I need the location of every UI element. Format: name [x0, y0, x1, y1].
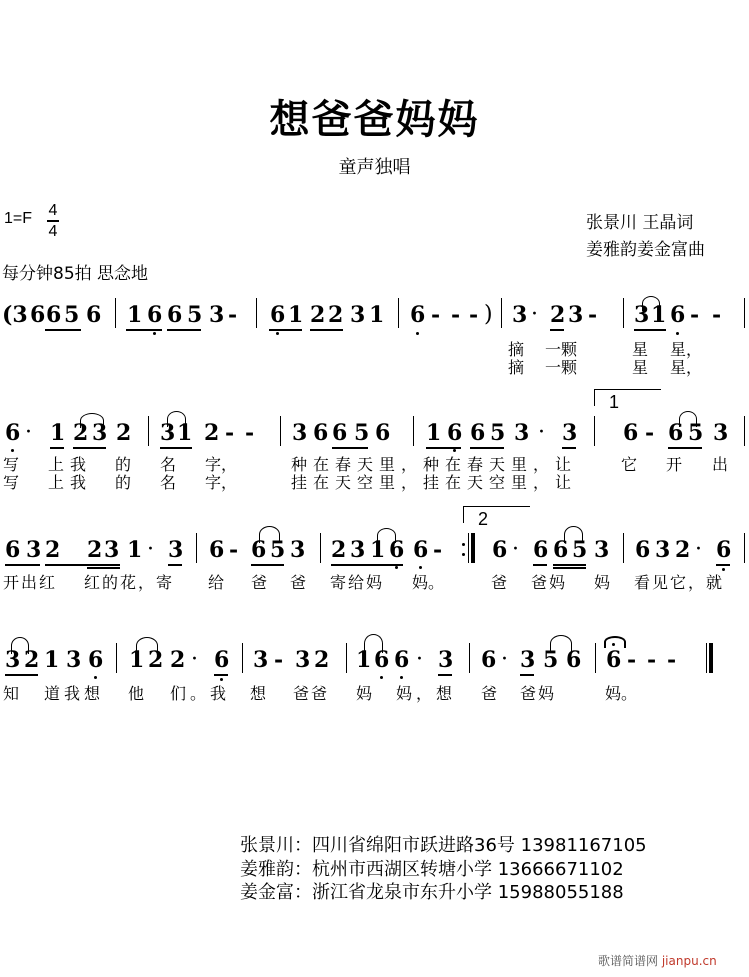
watermark: 歌谱简谱网 jianpu.cn — [598, 952, 717, 969]
lyric: 开 — [666, 456, 682, 474]
underline — [251, 564, 284, 566]
contact-address: 四川省绵阳市跃进路36号 — [312, 835, 515, 856]
underline — [269, 329, 302, 331]
note: 6 — [375, 421, 390, 445]
dash: - — [469, 303, 478, 327]
dash: - — [645, 421, 654, 445]
lyric: 们。我 — [170, 685, 230, 703]
lyric: 星 — [632, 359, 648, 377]
barline — [501, 298, 502, 328]
lyric: 字， — [205, 474, 237, 492]
lyric: 他 — [128, 685, 144, 703]
note: 6 — [88, 648, 103, 672]
dash: - — [451, 303, 460, 327]
barline — [413, 416, 414, 446]
note: 5 — [543, 648, 558, 672]
note: 3 — [104, 538, 119, 562]
dash: - — [627, 648, 636, 672]
note: 1 — [127, 538, 142, 562]
composer-credit: 姜雅韵姜金富曲 — [586, 235, 705, 260]
underline — [50, 447, 64, 449]
repeat-dot — [462, 543, 465, 546]
lyric: 一颗 — [545, 359, 577, 377]
note: 2 — [116, 421, 131, 445]
contact-phone: 13666671102 — [498, 859, 624, 880]
note: 3 — [168, 538, 183, 562]
lyricist-credit: 张景川 王晶词 — [586, 208, 693, 233]
lyric: 想 — [250, 685, 266, 703]
note: 2 — [314, 648, 329, 672]
contact-phone: 13981167105 — [521, 835, 647, 856]
note: 6 — [492, 538, 507, 562]
note: 1 — [356, 648, 371, 672]
lyric: 爸妈 — [520, 685, 556, 703]
note: 2 — [87, 538, 102, 562]
note: 6 — [410, 303, 425, 327]
lyric: 的 — [115, 456, 131, 474]
underline — [167, 329, 201, 331]
barline — [115, 298, 116, 328]
lyric: 上我 — [48, 456, 92, 474]
dot-extension: · — [512, 538, 519, 562]
underline — [168, 564, 182, 566]
contact-name: 姜雅韵： — [240, 859, 312, 880]
fermata-dot — [612, 643, 615, 646]
dash: - — [690, 303, 699, 327]
final-barline-thick — [709, 643, 713, 673]
lyric: 出 — [712, 456, 728, 474]
note: 6 — [470, 421, 485, 445]
time-signature: 4 4 — [47, 202, 59, 240]
lyric: 星 — [632, 341, 648, 359]
lyric: 妈 — [356, 685, 372, 703]
final-barline-thin — [706, 643, 707, 673]
lyric: 妈，想 — [396, 685, 456, 703]
time-signature-denominator: 4 — [49, 223, 58, 240]
lyric: 种在春天里，种在春天里，让 — [291, 456, 577, 474]
note: 6 — [533, 538, 548, 562]
note: 3 — [594, 538, 609, 562]
note: 2 — [45, 538, 60, 562]
barline — [280, 416, 281, 446]
lower-octave-dot — [395, 566, 398, 569]
lyric: 名 — [160, 474, 176, 492]
note: 6 — [30, 303, 45, 327]
note: 6 — [566, 648, 581, 672]
note: 6 — [623, 421, 638, 445]
note: 3 — [26, 538, 41, 562]
note: 6 — [716, 538, 731, 562]
lyric: 挂在天空里，挂在天空里，让 — [291, 474, 577, 492]
note: 6 — [214, 648, 229, 672]
dot-extension: · — [147, 538, 154, 562]
volta-bracket-1: 1 — [594, 389, 661, 406]
note: 1 — [370, 538, 385, 562]
underline — [160, 447, 192, 449]
time-signature-divider — [47, 220, 59, 222]
note: 1 — [651, 303, 666, 327]
lower-octave-dot — [722, 568, 725, 571]
close-paren: ) — [484, 303, 493, 327]
lyric: 妈 — [594, 574, 610, 592]
lyric: 爸妈 — [531, 574, 567, 592]
lyric: 爸爸 — [293, 685, 329, 703]
underline — [310, 329, 343, 331]
note: 3 — [514, 421, 529, 445]
lower-octave-dot — [676, 332, 679, 335]
note: 3 — [290, 538, 305, 562]
barline — [242, 643, 243, 673]
note: 2 — [331, 538, 346, 562]
note: 6 — [209, 538, 224, 562]
barline — [148, 416, 149, 446]
underline — [716, 564, 730, 566]
dot-extension: · — [531, 303, 538, 327]
lyric: 寄给妈 — [330, 574, 384, 592]
song-subtitle: 童声独唱 — [0, 153, 749, 179]
double-underline — [87, 567, 120, 569]
underline — [332, 447, 368, 449]
dot-extension: · — [501, 648, 508, 672]
note: 6 — [5, 421, 20, 445]
note: 6 — [251, 538, 266, 562]
note: 5 — [572, 538, 587, 562]
note: 3 — [438, 648, 453, 672]
lower-octave-dot — [400, 676, 403, 679]
contact-row: 姜金富：浙江省龙泉市东升小学 15988055188 — [240, 882, 624, 904]
lyric: 它 — [621, 456, 637, 474]
barline — [116, 643, 117, 673]
lyric: 星， — [670, 341, 702, 359]
dash: - — [588, 303, 597, 327]
note: 3 — [92, 421, 107, 445]
barline — [346, 643, 347, 673]
barline — [623, 533, 624, 563]
underline — [668, 447, 702, 449]
note: 6 — [270, 303, 285, 327]
note: 3 — [209, 303, 224, 327]
lyric: 摘 — [508, 359, 524, 377]
barline — [744, 416, 745, 446]
barline — [744, 533, 745, 563]
dash: - — [274, 648, 283, 672]
lower-octave-dot — [153, 332, 156, 335]
dot-extension: · — [416, 648, 423, 672]
lower-octave-dot — [419, 566, 422, 569]
note: 3 — [512, 303, 527, 327]
note: 5 — [64, 303, 79, 327]
underline — [562, 447, 576, 449]
note: 6 — [394, 648, 409, 672]
contact-name: 姜金富： — [240, 882, 312, 903]
lyric: 红的花，寄 — [84, 574, 174, 592]
tempo-marking: 每分钟85拍 思念地 — [2, 259, 148, 284]
dash: - — [431, 303, 440, 327]
note: 1 — [369, 303, 384, 327]
underline — [331, 564, 403, 566]
underline — [45, 564, 120, 566]
note: 2 — [310, 303, 325, 327]
dot-extension: · — [25, 421, 32, 445]
dash: - — [647, 648, 656, 672]
contact-address: 杭州市西湖区转塘小学 — [312, 859, 492, 880]
note: 3 — [253, 648, 268, 672]
underline — [73, 447, 106, 449]
note: 6 — [668, 421, 683, 445]
note: 6 — [606, 648, 621, 672]
note: 1 — [50, 421, 65, 445]
note: 3 — [350, 303, 365, 327]
lyric: 爸 — [290, 574, 306, 592]
lyric: 开出红 — [3, 574, 57, 592]
watermark-domain: jianpu.cn — [662, 954, 717, 968]
underline — [533, 564, 547, 566]
dash: - — [225, 421, 234, 445]
barline — [256, 298, 257, 328]
note: 5 — [688, 421, 703, 445]
lyric: 摘 — [508, 341, 524, 359]
repeat-dot — [462, 553, 465, 556]
lyric: 写 — [3, 474, 19, 492]
dash: - — [229, 538, 238, 562]
barline — [196, 533, 197, 563]
note: 2 — [148, 648, 163, 672]
note: 1 — [127, 303, 142, 327]
note: 1 — [44, 648, 59, 672]
note: 6 — [635, 538, 650, 562]
note: 6 — [332, 421, 347, 445]
note: 5 — [490, 421, 505, 445]
note: 2 — [328, 303, 343, 327]
underline — [5, 564, 40, 566]
underline — [553, 564, 586, 566]
lyric: 写 — [3, 456, 19, 474]
dash: - — [228, 303, 237, 327]
note: 6 — [413, 538, 428, 562]
note: 2 — [675, 538, 690, 562]
note: 5 — [187, 303, 202, 327]
note: 3 — [295, 648, 310, 672]
lower-octave-dot — [380, 676, 383, 679]
dot-extension: · — [695, 538, 702, 562]
underline — [5, 674, 38, 676]
barline — [320, 533, 321, 563]
key-signature: 1=F — [4, 210, 32, 228]
note: 6 — [481, 648, 496, 672]
lower-octave-dot — [220, 678, 223, 681]
lyric: 的 — [115, 474, 131, 492]
lower-octave-dot — [276, 332, 279, 335]
underline — [438, 674, 452, 676]
lower-octave-dot — [416, 332, 419, 335]
note: 6 — [86, 303, 101, 327]
note: 2 — [204, 421, 219, 445]
lower-octave-dot — [453, 449, 456, 452]
note: 2 — [73, 421, 88, 445]
note: 3 — [66, 648, 81, 672]
underline — [520, 674, 534, 676]
note: 3 — [520, 648, 535, 672]
note: 5 — [354, 421, 369, 445]
underline — [126, 329, 162, 331]
watermark-site-name: 歌谱简谱网 — [598, 954, 658, 968]
note: 2 — [550, 303, 565, 327]
note: 3 — [568, 303, 583, 327]
repeat-barline-thick — [471, 533, 475, 563]
note: 3 — [634, 303, 649, 327]
lyric: 名 — [160, 456, 176, 474]
lyric: 爸 — [481, 685, 497, 703]
note: 3 — [713, 421, 728, 445]
lyric: 道我想 — [44, 685, 104, 703]
note: 3 — [292, 421, 307, 445]
barline — [595, 643, 596, 673]
lyric: 妈。 — [412, 574, 444, 592]
underline — [45, 329, 81, 331]
note: 3 — [5, 648, 20, 672]
lyric: 字， — [205, 456, 237, 474]
note: (3 — [2, 303, 28, 327]
repeat-barline-thin — [468, 533, 469, 563]
note: 3 — [350, 538, 365, 562]
lyric: 给 — [208, 574, 224, 592]
underline — [634, 329, 666, 331]
note: 1 — [426, 421, 441, 445]
barline — [623, 298, 624, 328]
lyric: 妈。 — [605, 685, 637, 703]
volta-bracket-2: 2 — [463, 506, 530, 523]
note: 6 — [553, 538, 568, 562]
note: 3 — [562, 421, 577, 445]
note: 6 — [389, 538, 404, 562]
dash: - — [712, 303, 721, 327]
note: 6 — [313, 421, 328, 445]
lyric: 看见它，就 — [634, 574, 724, 592]
barline — [594, 416, 595, 446]
contact-row: 姜雅韵：杭州市西湖区转塘小学 13666671102 — [240, 859, 624, 881]
note: 6 — [46, 303, 61, 327]
barline — [469, 643, 470, 673]
note: 5 — [270, 538, 285, 562]
note: 2 — [170, 648, 185, 672]
lyric: 星， — [670, 359, 702, 377]
time-signature-numerator: 4 — [49, 202, 58, 219]
lower-octave-dot — [94, 676, 97, 679]
lyric: 上我 — [48, 474, 92, 492]
note: 6 — [5, 538, 20, 562]
contact-row: 张景川：四川省绵阳市跃进路36号 13981167105 — [240, 835, 647, 857]
contact-phone: 15988055188 — [498, 882, 624, 903]
underline — [470, 447, 504, 449]
note: 6 — [670, 303, 685, 327]
note: 6 — [147, 303, 162, 327]
lyric: 知 — [3, 685, 19, 703]
lower-octave-dot — [11, 449, 14, 452]
dash: - — [245, 421, 254, 445]
note: 1 — [129, 648, 144, 672]
barline — [398, 298, 399, 328]
note: 2 — [24, 648, 39, 672]
lyric: 爸 — [491, 574, 507, 592]
double-underline — [553, 567, 586, 569]
note: 1 — [177, 421, 192, 445]
note: 3 — [655, 538, 670, 562]
lyric: 爸 — [251, 574, 267, 592]
dot-extension: · — [191, 648, 198, 672]
note: 6 — [447, 421, 462, 445]
dot-extension: · — [538, 421, 545, 445]
dash: - — [433, 538, 442, 562]
contact-name: 张景川： — [240, 835, 312, 856]
dash: - — [667, 648, 676, 672]
lyric: 一颗 — [545, 341, 577, 359]
barline — [744, 298, 745, 328]
song-title: 想爸爸妈妈 — [0, 88, 749, 145]
contact-address: 浙江省龙泉市东升小学 — [312, 882, 492, 903]
underline — [426, 447, 461, 449]
note: 6 — [167, 303, 182, 327]
underline — [550, 329, 564, 331]
note: 3 — [160, 421, 175, 445]
underline — [214, 674, 228, 676]
note: 1 — [288, 303, 303, 327]
note: 6 — [374, 648, 389, 672]
